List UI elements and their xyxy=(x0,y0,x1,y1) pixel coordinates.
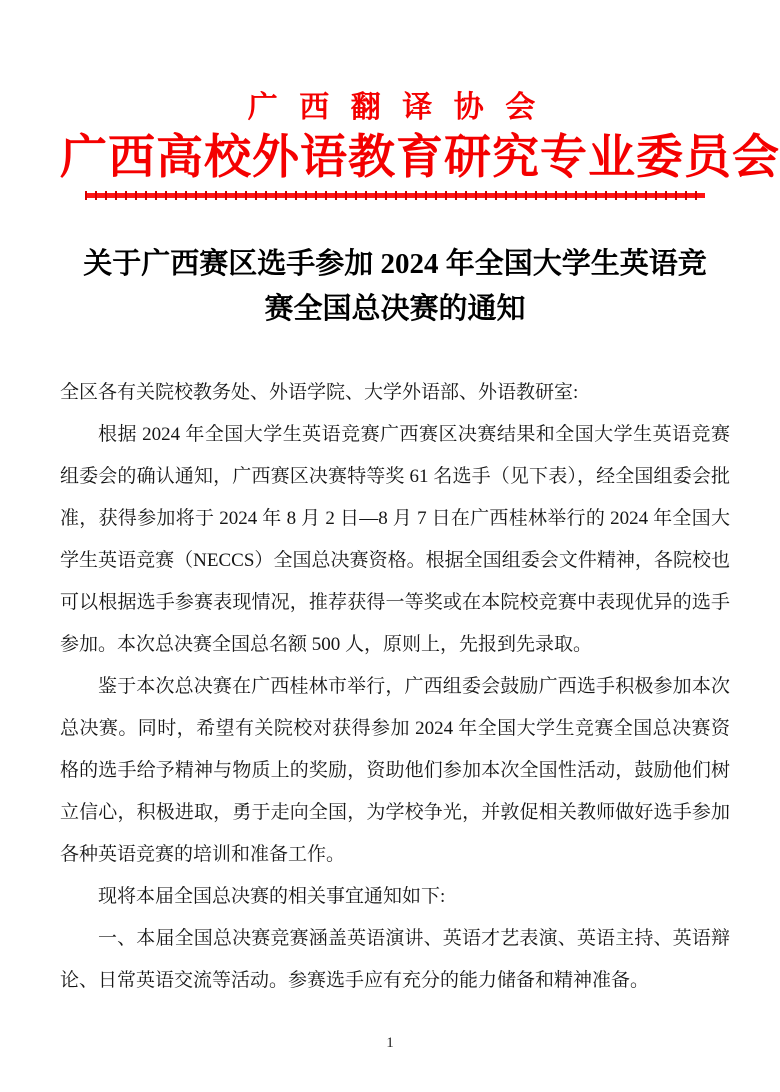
document-title-line1: 关于广西赛区选手参加 2024 年全国大学生英语竞 xyxy=(60,242,730,287)
document-body: 全区各有关院校教务处、外语学院、大学外语部、外语教研室: 根据 2024 年全国… xyxy=(60,372,730,1002)
body-paragraph: 一、本届全国总决赛竞赛涵盖英语演讲、英语才艺表演、英语主持、英语辩论、日常英语交… xyxy=(60,918,730,1002)
document-title-line2: 赛全国总决赛的通知 xyxy=(60,287,730,332)
paragraph-list: 根据 2024 年全国大学生英语竞赛广西赛区决赛结果和全国大学生英语竞赛组委会的… xyxy=(60,414,730,1002)
org-name-large: 广西高校外语教育研究专业委员会 xyxy=(60,132,730,184)
body-paragraph: 现将本届全国总决赛的相关事宜通知如下: xyxy=(60,876,730,918)
org-name-small: 广 西 翻 译 协 会 xyxy=(60,90,730,126)
body-paragraph: 鉴于本次总决赛在广西桂林市举行，广西组委会鼓励广西选手积极参加本次总决赛。同时，… xyxy=(60,666,730,876)
page-number: 1 xyxy=(386,1035,394,1051)
body-paragraph: 根据 2024 年全国大学生英语竞赛广西赛区决赛结果和全国大学生英语竞赛组委会的… xyxy=(60,414,730,666)
page-footer: 1 xyxy=(0,1034,780,1052)
letterhead: 广 西 翻 译 协 会 广西高校外语教育研究专业委员会 xyxy=(60,90,730,200)
document-page: 广 西 翻 译 协 会 广西高校外语教育研究专业委员会 关于广西赛区选手参加 2… xyxy=(0,0,780,1092)
salutation-line: 全区各有关院校教务处、外语学院、大学外语部、外语教研室: xyxy=(60,372,730,414)
letterhead-divider-rule xyxy=(85,191,705,200)
document-title: 关于广西赛区选手参加 2024 年全国大学生英语竞 赛全国总决赛的通知 xyxy=(60,242,730,332)
